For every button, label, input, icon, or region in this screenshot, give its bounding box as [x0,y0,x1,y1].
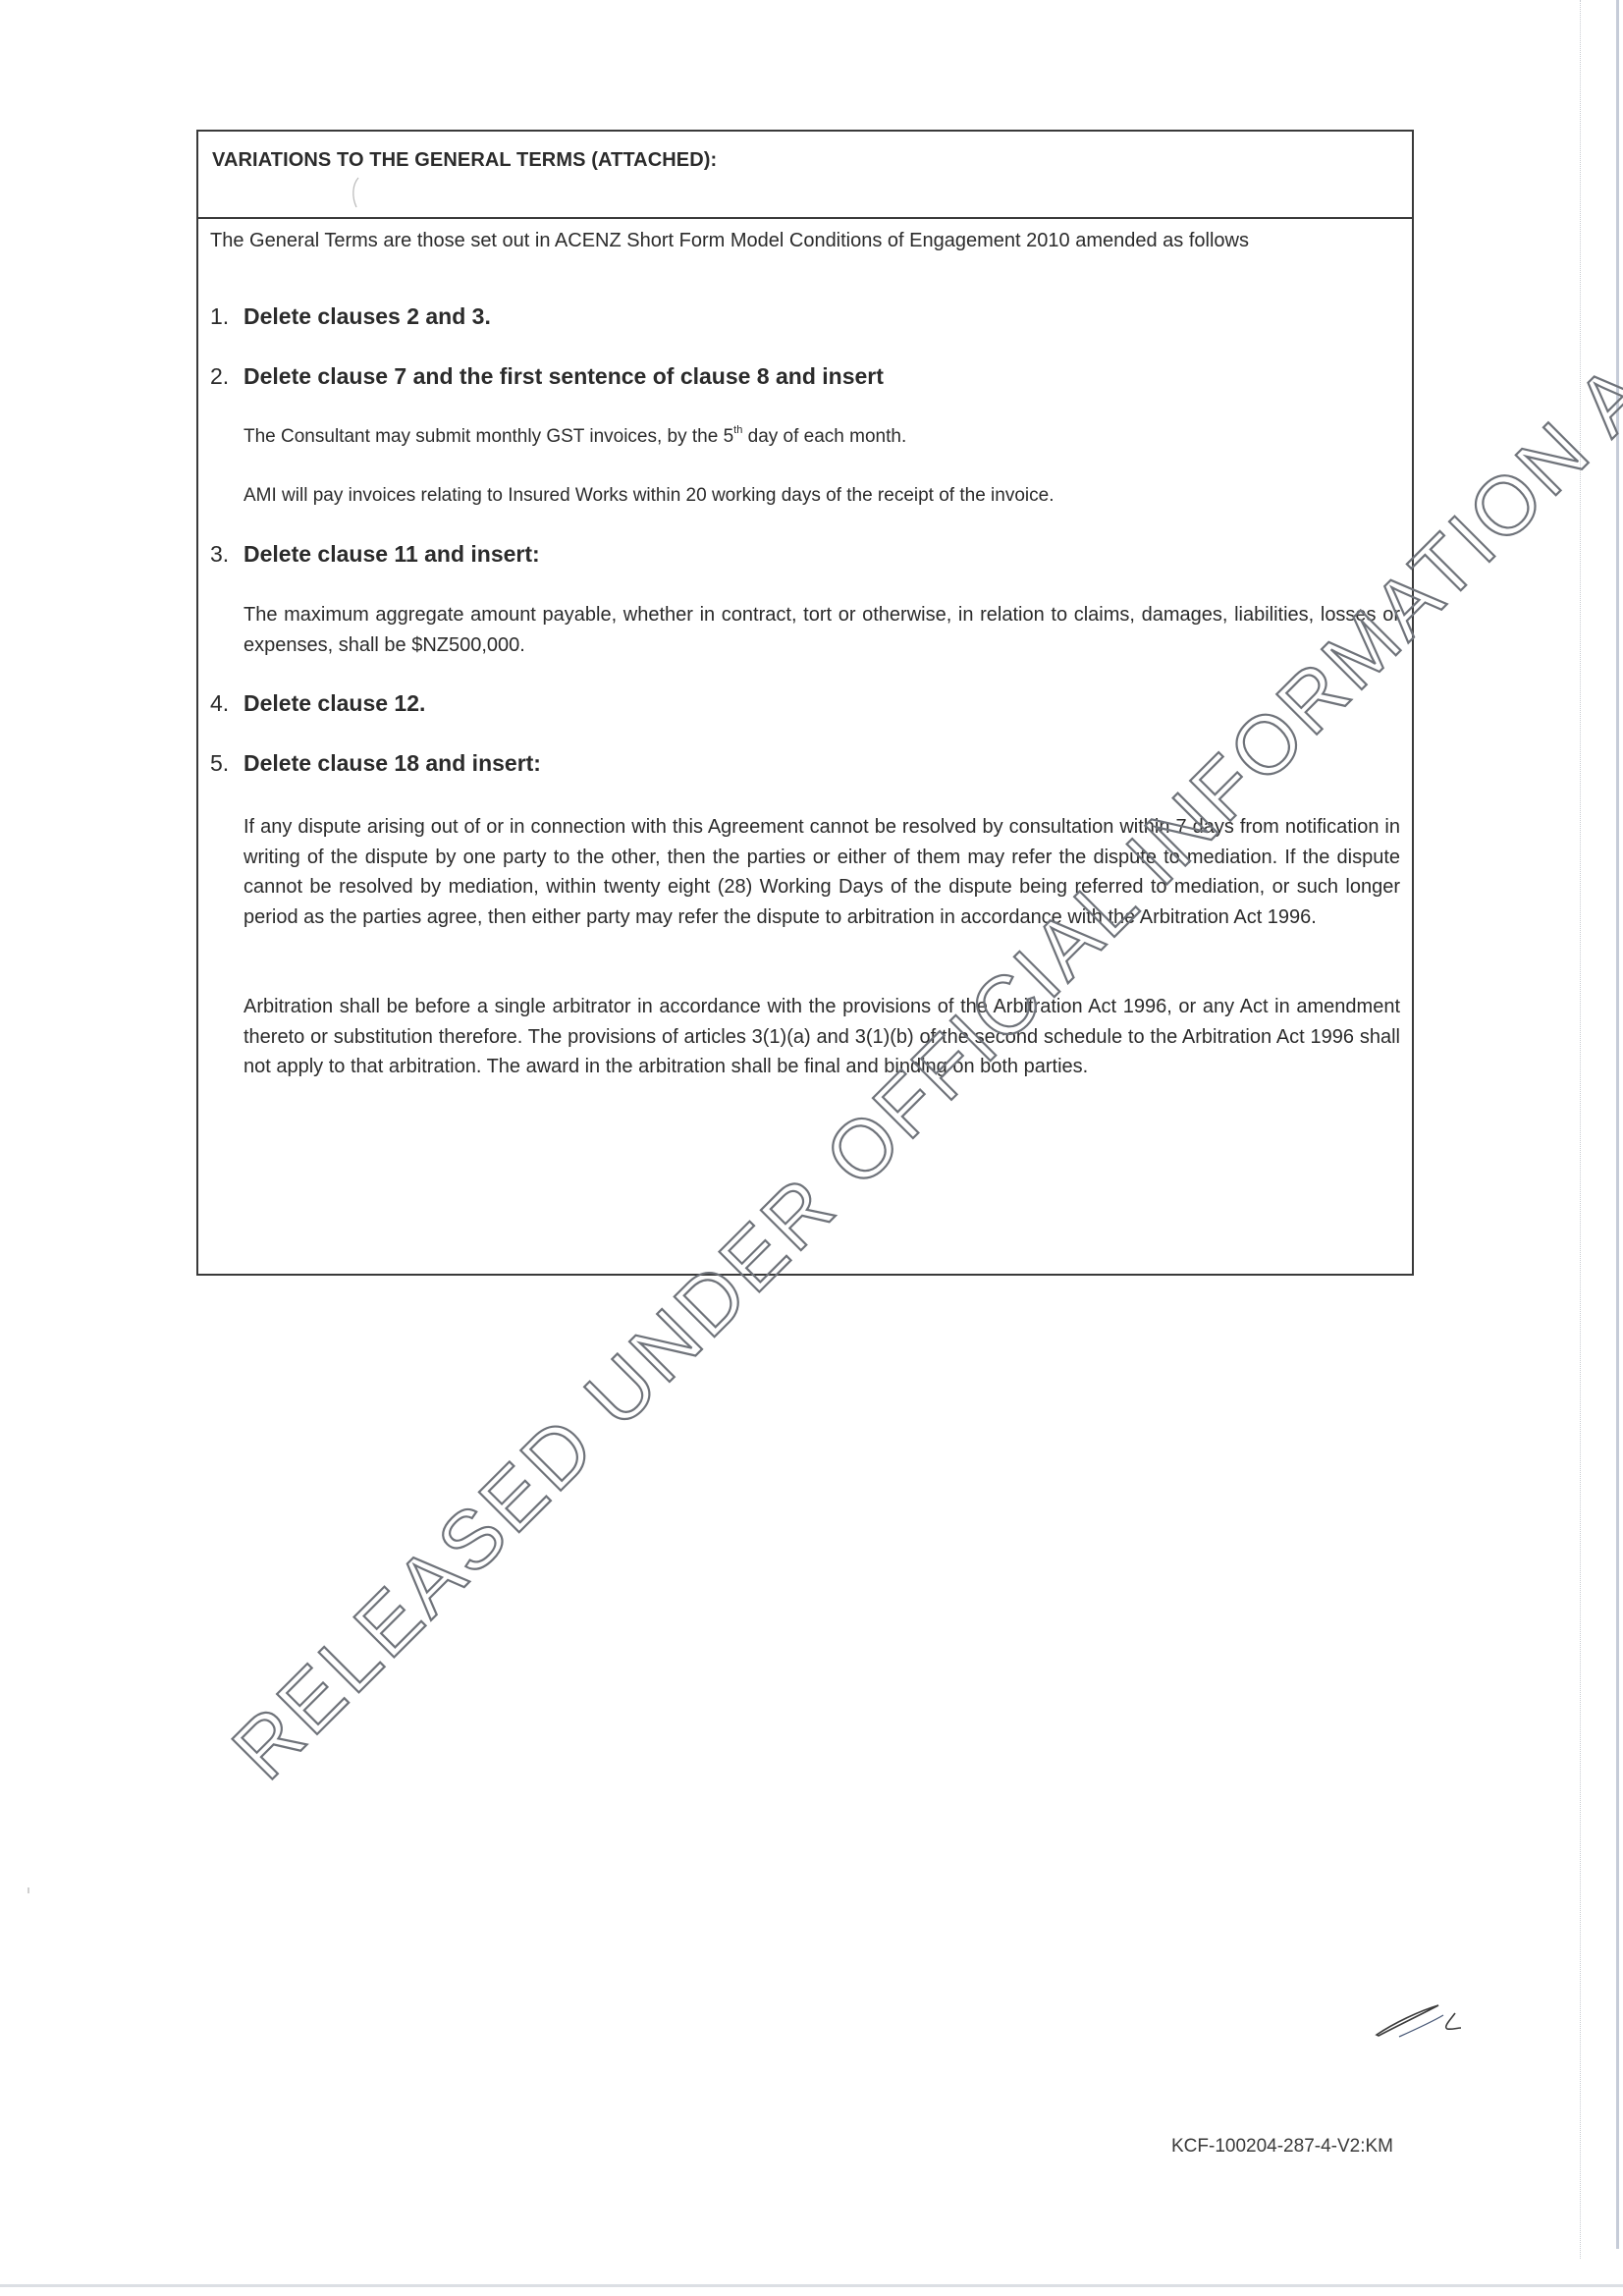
intro-text: The General Terms are those set out in A… [210,227,1400,254]
clause-title: Delete clause 18 and insert: [243,750,541,776]
clause-4-heading: 4.Delete clause 12. [210,690,425,717]
pen-stroke-mark [349,177,362,208]
signature-initials [1375,2003,1463,2048]
clause-title: Delete clauses 2 and 3. [243,303,491,329]
clause-2-paragraph-1: The Consultant may submit monthly GST in… [243,422,1400,453]
clause-number: 3. [210,541,243,568]
clause-2-paragraph-2: AMI will pay invoices relating to Insure… [243,481,1400,512]
clause-5-heading: 5.Delete clause 18 and insert: [210,750,541,777]
variations-box: VARIATIONS TO THE GENERAL TERMS (ATTACHE… [196,130,1414,1276]
variations-heading: VARIATIONS TO THE GENERAL TERMS (ATTACHE… [198,132,1412,219]
clause-5-paragraph-2: Arbitration shall be before a single arb… [243,992,1400,1082]
document-reference: KCF-100204-287-4-V2:KM [1171,2136,1393,2158]
scan-speck [27,1887,29,1893]
clause-2-text-end: day of each month. [742,426,906,447]
page-edge-bottom [0,2284,1623,2287]
clause-3-heading: 3.Delete clause 11 and insert: [210,541,540,568]
clause-2-text: The Consultant may submit monthly GST in… [243,426,733,447]
clause-number: 4. [210,690,243,717]
clause-title: Delete clause 7 and the first sentence o… [243,363,884,389]
clause-title: Delete clause 12. [243,690,425,716]
clause-3-paragraph: The maximum aggregate amount payable, wh… [243,600,1400,660]
clause-title: Delete clause 11 and insert: [243,541,540,567]
clause-1-heading: 1.Delete clauses 2 and 3. [210,303,491,330]
clause-number: 2. [210,363,243,390]
ordinal-suffix: th [733,424,742,436]
clause-number: 5. [210,750,243,777]
page-edge-dotted [1580,0,1581,2259]
clause-2-heading: 2.Delete clause 7 and the first sentence… [210,363,884,390]
clause-number: 1. [210,303,243,330]
